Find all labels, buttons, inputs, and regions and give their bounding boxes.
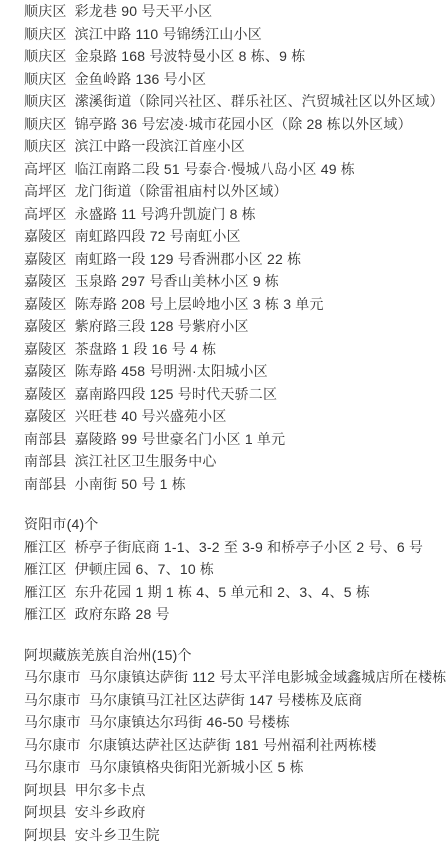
district-label: 阿坝县: [24, 827, 67, 843]
address-text: 马尔康镇马江社区达萨街 147 号楼栋及底商: [89, 692, 363, 708]
list-item: 马尔康市尔康镇达萨社区达萨街 181 号州福利社两栋楼: [24, 734, 443, 757]
address-text: 锦亭路 36 号宏凌·城市花园小区（除 28 栋以外区域）: [75, 116, 412, 132]
district-label: 顺庆区: [24, 48, 67, 64]
address-text: 临江南路二段 51 号泰合·慢城八岛小区 49 栋: [75, 161, 355, 177]
risk-area-list: 顺庆区彩龙巷 90 号天平小区顺庆区滨江中路 110 号锦绣江山小区顺庆区金泉路…: [0, 0, 447, 846]
address-text: 马尔康镇达萨街 112 号太平洋电影城金域鑫城店所在楼栋: [89, 669, 447, 685]
city-section: 资阳市(4)个雁江区桥亭子街底商 1-1、3-2 至 3-9 和桥亭子小区 2 …: [24, 513, 443, 626]
address-text: 安斗乡政府: [75, 804, 146, 820]
district-label: 顺庆区: [24, 26, 67, 42]
district-label: 顺庆区: [24, 93, 67, 109]
district-label: 高坪区: [24, 161, 67, 177]
address-text: 金鱼岭路 136 号小区: [75, 71, 207, 87]
address-text: 甲尔多卡点: [75, 782, 146, 798]
list-item: 顺庆区滨江中路 110 号锦绣江山小区: [24, 23, 443, 46]
district-label: 马尔康市: [24, 669, 81, 685]
district-label: 马尔康市: [24, 759, 81, 775]
list-item: 高坪区永盛路 11 号鸿升凯旋门 8 栋: [24, 203, 443, 226]
address-text: 马尔康镇达尔玛街 46-50 号楼栋: [89, 714, 290, 730]
list-item: 嘉陵区陈寿路 208 号上层岭地小区 3 栋 3 单元: [24, 293, 443, 316]
list-item: 嘉陵区嘉南路四段 125 号时代天骄二区: [24, 383, 443, 406]
address-text: 安斗乡卫生院: [75, 827, 160, 843]
district-label: 雁江区: [24, 539, 67, 555]
address-text: 滨江社区卫生服务中心: [75, 453, 217, 469]
section-header: 资阳市(4)个: [24, 513, 443, 536]
district-label: 顺庆区: [24, 116, 67, 132]
city-section: 阿坝藏族羌族自治州(15)个马尔康市马尔康镇达萨街 112 号太平洋电影城金域鑫…: [24, 644, 443, 846]
district-label: 马尔康市: [24, 692, 81, 708]
list-item: 雁江区桥亭子街底商 1-1、3-2 至 3-9 和桥亭子小区 2 号、6 号: [24, 536, 443, 559]
district-label: 阿坝县: [24, 782, 67, 798]
address-text: 尔康镇达萨社区达萨街 181 号州福利社两栋楼: [89, 737, 377, 753]
district-label: 高坪区: [24, 183, 67, 199]
district-label: 马尔康市: [24, 714, 81, 730]
district-label: 嘉陵区: [24, 296, 67, 312]
list-item: 高坪区临江南路二段 51 号泰合·慢城八岛小区 49 栋: [24, 158, 443, 181]
address-text: 小南街 50 号 1 栋: [75, 476, 186, 492]
district-label: 嘉陵区: [24, 273, 67, 289]
list-item: 马尔康市马尔康镇格央街阳光新城小区 5 栋: [24, 756, 443, 779]
list-item: 南部县嘉陵路 99 号世豪名门小区 1 单元: [24, 428, 443, 451]
address-text: 龙门街道（除雷祖庙村以外区域）: [75, 183, 288, 199]
list-item: 雁江区政府东路 28 号: [24, 603, 443, 626]
list-item: 雁江区伊顿庄园 6、7、10 栋: [24, 558, 443, 581]
district-label: 马尔康市: [24, 737, 81, 753]
list-item: 顺庆区锦亭路 36 号宏凌·城市花园小区（除 28 栋以外区域）: [24, 113, 443, 136]
district-label: 高坪区: [24, 206, 67, 222]
address-text: 滨江中路一段滨江首座小区: [75, 138, 245, 154]
list-item: 顺庆区潆溪街道（除同兴社区、群乐社区、汽贸城社区以外区域）: [24, 90, 443, 113]
list-item: 嘉陵区南虹路一段 129 号香洲郡小区 22 栋: [24, 248, 443, 271]
list-item: 嘉陵区南虹路四段 72 号南虹小区: [24, 225, 443, 248]
district-label: 阿坝县: [24, 804, 67, 820]
address-text: 嘉陵路 99 号世豪名门小区 1 单元: [75, 431, 286, 447]
district-label: 嘉陵区: [24, 363, 67, 379]
list-item: 顺庆区滨江中路一段滨江首座小区: [24, 135, 443, 158]
district-label: 南部县: [24, 453, 67, 469]
address-text: 彩龙巷 90 号天平小区: [75, 3, 213, 19]
list-item: 嘉陵区兴旺巷 40 号兴盛苑小区: [24, 405, 443, 428]
list-item: 雁江区东升花园 1 期 1 栋 4、5 单元和 2、3、4、5 栋: [24, 581, 443, 604]
list-item: 马尔康市马尔康镇马江社区达萨街 147 号楼栋及底商: [24, 689, 443, 712]
list-item: 嘉陵区紫府路三段 128 号紫府小区: [24, 315, 443, 338]
district-label: 南部县: [24, 431, 67, 447]
district-label: 嘉陵区: [24, 341, 67, 357]
list-item: 顺庆区金泉路 168 号波特曼小区 8 栋、9 栋: [24, 45, 443, 68]
address-text: 玉泉路 297 号香山美林小区 9 栋: [75, 273, 280, 289]
address-text: 潆溪街道（除同兴社区、群乐社区、汽贸城社区以外区域）: [75, 93, 444, 109]
list-item: 阿坝县安斗乡卫生院: [24, 824, 443, 846]
address-text: 金泉路 168 号波特曼小区 8 栋、9 栋: [75, 48, 306, 64]
address-text: 紫府路三段 128 号紫府小区: [75, 318, 249, 334]
list-item: 阿坝县甲尔多卡点: [24, 779, 443, 802]
district-label: 雁江区: [24, 561, 67, 577]
list-item: 嘉陵区茶盘路 1 段 16 号 4 栋: [24, 338, 443, 361]
district-label: 雁江区: [24, 584, 67, 600]
district-label: 顺庆区: [24, 71, 67, 87]
address-text: 陈寿路 458 号明洲·太阳城小区: [75, 363, 268, 379]
district-label: 嘉陵区: [24, 251, 67, 267]
city-section: 顺庆区彩龙巷 90 号天平小区顺庆区滨江中路 110 号锦绣江山小区顺庆区金泉路…: [24, 0, 443, 495]
list-item: 马尔康市马尔康镇达萨街 112 号太平洋电影城金域鑫城店所在楼栋: [24, 666, 443, 689]
district-label: 嘉陵区: [24, 228, 67, 244]
address-text: 茶盘路 1 段 16 号 4 栋: [75, 341, 217, 357]
address-text: 桥亭子街底商 1-1、3-2 至 3-9 和桥亭子小区 2 号、6 号: [75, 539, 424, 555]
district-label: 顺庆区: [24, 138, 67, 154]
address-text: 伊顿庄园 6、7、10 栋: [75, 561, 215, 577]
list-item: 马尔康市马尔康镇达尔玛街 46-50 号楼栋: [24, 711, 443, 734]
address-text: 政府东路 28 号: [75, 606, 170, 622]
list-item: 嘉陵区陈寿路 458 号明洲·太阳城小区: [24, 360, 443, 383]
address-text: 永盛路 11 号鸿升凯旋门 8 栋: [75, 206, 256, 222]
list-item: 高坪区龙门街道（除雷祖庙村以外区域）: [24, 180, 443, 203]
address-text: 兴旺巷 40 号兴盛苑小区: [75, 408, 227, 424]
address-text: 陈寿路 208 号上层岭地小区 3 栋 3 单元: [75, 296, 324, 312]
district-label: 嘉陵区: [24, 408, 67, 424]
address-text: 南虹路四段 72 号南虹小区: [75, 228, 241, 244]
address-text: 嘉南路四段 125 号时代天骄二区: [75, 386, 278, 402]
list-item: 顺庆区彩龙巷 90 号天平小区: [24, 0, 443, 23]
address-text: 滨江中路 110 号锦绣江山小区: [75, 26, 262, 42]
district-label: 嘉陵区: [24, 386, 67, 402]
address-text: 马尔康镇格央街阳光新城小区 5 栋: [89, 759, 304, 775]
address-text: 南虹路一段 129 号香洲郡小区 22 栋: [75, 251, 302, 267]
list-item: 嘉陵区玉泉路 297 号香山美林小区 9 栋: [24, 270, 443, 293]
district-label: 顺庆区: [24, 3, 67, 19]
section-header: 阿坝藏族羌族自治州(15)个: [24, 644, 443, 667]
list-item: 顺庆区金鱼岭路 136 号小区: [24, 68, 443, 91]
address-text: 东升花园 1 期 1 栋 4、5 单元和 2、3、4、5 栋: [75, 584, 370, 600]
district-label: 雁江区: [24, 606, 67, 622]
list-item: 阿坝县安斗乡政府: [24, 801, 443, 824]
list-item: 南部县小南街 50 号 1 栋: [24, 473, 443, 496]
list-item: 南部县滨江社区卫生服务中心: [24, 450, 443, 473]
district-label: 嘉陵区: [24, 318, 67, 334]
district-label: 南部县: [24, 476, 67, 492]
